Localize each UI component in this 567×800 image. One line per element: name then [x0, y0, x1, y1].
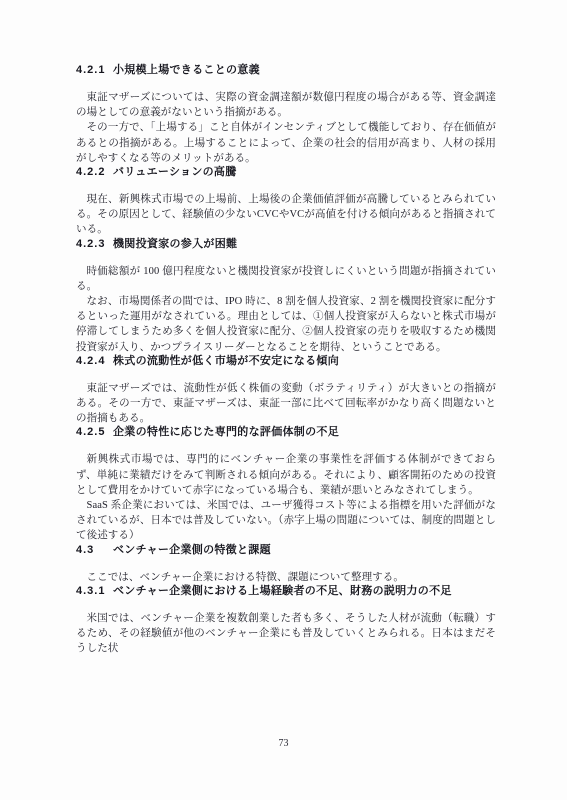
section-number: 4.2.4	[76, 355, 113, 368]
section-title: ベンチャー企業側の特徴と課題	[113, 544, 271, 557]
section-4-2-5: 4.2.5 企業の特性に応じた専門的な評価体制の不足 新興株式市場では、専門的に…	[76, 426, 496, 543]
page-number: 73	[279, 738, 289, 749]
section-title: 企業の特性に応じた専門的な評価体制の不足	[113, 426, 339, 439]
section-4-3-1: 4.3.1 ベンチャー企業側における上場経験者の不足、財務の説明力の不足 米国で…	[76, 585, 496, 657]
page-footer: 73	[0, 738, 567, 749]
section-title: 株式の流動性が低く市場が不安定になる傾向	[113, 355, 339, 368]
section-number: 4.3.1	[76, 585, 113, 598]
section-heading: 4.2.2 バリュエーションの高騰	[76, 166, 496, 179]
paragraph: なお、市場関係者の間では、IPO 時に、8 割を個人投資家、2 割を機関投資家に…	[76, 294, 496, 355]
section-number: 4.2.2	[76, 166, 113, 179]
page-content: 4.2.1 小規模上場できることの意義 東証マザーズについては、実際の資金調達額…	[76, 64, 496, 656]
section-heading: 4.2.4 株式の流動性が低く市場が不安定になる傾向	[76, 355, 496, 368]
section-heading: 4.3 ベンチャー企業側の特徴と課題	[76, 544, 496, 557]
paragraph: その一方で、「上場する」こと自体がインセンティブとして機能しており、存在価値があ…	[76, 120, 496, 166]
paragraph: 米国では、ベンチャー企業を複数創業した者も多く、そうした人材が流動（転職）するた…	[76, 611, 496, 657]
section-4-2-4: 4.2.4 株式の流動性が低く市場が不安定になる傾向 東証マザーズでは、流動性が…	[76, 355, 496, 427]
paragraph: 東証マザーズでは、流動性が低く株価の変動（ボラティリティ）が大きいとの指摘がある…	[76, 381, 496, 427]
paragraph: 新興株式市場では、専門的にベンチャー企業の事業性を評価する体制ができておらず、単…	[76, 452, 496, 498]
section-title: ベンチャー企業側における上場経験者の不足、財務の説明力の不足	[113, 585, 452, 598]
paragraph: 現在、新興株式市場での上場前、上場後の企業価値評価が高騰しているとみられている。…	[76, 192, 496, 238]
section-4-2-2: 4.2.2 バリュエーションの高騰 現在、新興株式市場での上場前、上場後の企業価…	[76, 166, 496, 238]
section-title: 機関投資家の参入が困難	[113, 238, 237, 251]
section-4-3: 4.3 ベンチャー企業側の特徴と課題 ここでは、ベンチャー企業における特徴、課題…	[76, 544, 496, 585]
section-heading: 4.2.1 小規模上場できることの意義	[76, 64, 496, 77]
paragraph: 東証マザーズについては、実際の資金調達額が数億円程度の場合がある等、資金調達の場…	[76, 90, 496, 120]
section-number: 4.2.1	[76, 64, 113, 77]
section-heading: 4.2.3 機関投資家の参入が困難	[76, 238, 496, 251]
section-heading: 4.3.1 ベンチャー企業側における上場経験者の不足、財務の説明力の不足	[76, 585, 496, 598]
section-4-2-3: 4.2.3 機関投資家の参入が困難 時価総額が 100 億円程度ないと機関投資家…	[76, 238, 496, 355]
section-title: バリュエーションの高騰	[113, 166, 237, 179]
document-page: 4.2.1 小規模上場できることの意義 東証マザーズについては、実際の資金調達額…	[0, 0, 567, 800]
paragraph: ここでは、ベンチャー企業における特徴、課題について整理する。	[76, 570, 496, 585]
section-number: 4.2.5	[76, 426, 113, 439]
paragraph: SaaS 系企業においては、米国では、ユーザ獲得コスト等による指標を用いた評価が…	[76, 498, 496, 544]
section-heading: 4.2.5 企業の特性に応じた専門的な評価体制の不足	[76, 426, 496, 439]
section-title: 小規模上場できることの意義	[113, 64, 260, 77]
section-4-2-1: 4.2.1 小規模上場できることの意義 東証マザーズについては、実際の資金調達額…	[76, 64, 496, 166]
section-number: 4.3	[76, 544, 113, 557]
paragraph: 時価総額が 100 億円程度ないと機関投資家が投資しにくいという問題が指摘されて…	[76, 264, 496, 294]
section-number: 4.2.3	[76, 238, 113, 251]
